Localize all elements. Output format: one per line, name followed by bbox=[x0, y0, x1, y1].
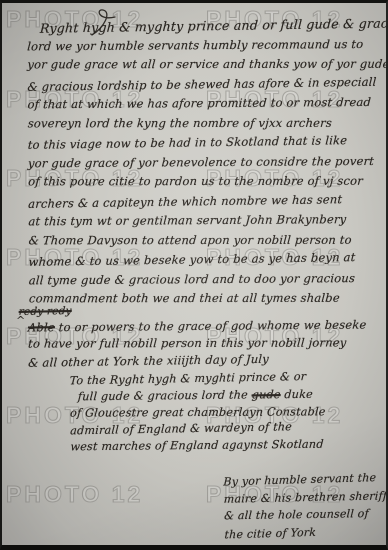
manuscript-line: full gude & gracious lord the gude duke bbox=[69, 386, 326, 405]
manuscript-line: lord we yor humble servants humbly recom… bbox=[27, 34, 388, 56]
letter-address: To the Ryght hygh & myghti prince & orfu… bbox=[70, 370, 326, 457]
manuscript-line: of this poure citie to pardon us to the … bbox=[28, 172, 388, 192]
letter-signature: By yor humble servant themaire & his bre… bbox=[223, 469, 388, 543]
photo12-watermark: PHOTO 12 bbox=[6, 481, 143, 508]
manuscript-line: & Thome Davyson to attend apon yor nobil… bbox=[28, 230, 388, 250]
manuscript-line: sovereyn lord the kyng the nombre of vjx… bbox=[27, 113, 388, 133]
insertion-caret-mark: ^ bbox=[16, 314, 25, 327]
manuscript-line: west marches of England agaynst Skotland bbox=[70, 437, 327, 456]
manuscript-line: yor gude grace of yor benevolence to con… bbox=[27, 151, 388, 173]
manuscript-photo: PHOTO 12PHOTO 12PHOTO 12PHOTO 12PHOTO 12… bbox=[0, 0, 388, 550]
manuscript-line: of that at which we has afore promitted … bbox=[27, 93, 388, 115]
letter-body: Ryght hygh & myghty prince and or full g… bbox=[27, 15, 388, 310]
letter-closing: redy redyAble to or powers to the grace … bbox=[28, 300, 367, 371]
manuscript-line: yor gude grace wt all or service and tha… bbox=[27, 55, 388, 75]
manuscript-line: at this tym wt or gentilman servant John… bbox=[28, 210, 388, 232]
manuscript-line: Able to or powers to the grace of god wh… bbox=[27, 317, 367, 337]
manuscript-line: all tyme gude & gracious lord and to doo… bbox=[28, 268, 388, 290]
